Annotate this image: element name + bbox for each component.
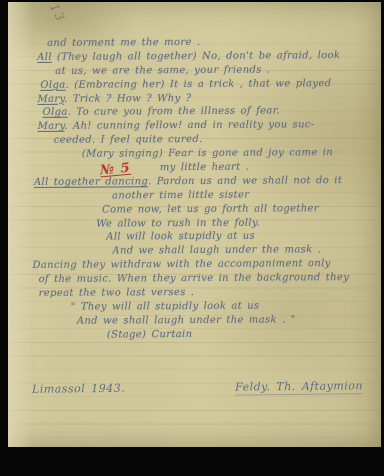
musical-number-annotation: № 5 [99, 161, 131, 179]
text-segment: (Mary singing) Fear is gone and joy came… [82, 147, 333, 160]
text-segment: All together dancing [34, 176, 148, 188]
manuscript-line: (Mary singing) Fear is gone and joy came… [82, 146, 377, 162]
text-segment: Olga [40, 79, 65, 90]
text-segment: of the music. When they arrive in the ba… [39, 272, 350, 285]
text-segment: Olga [42, 107, 67, 118]
manuscript-paper: 13 and torment me the more .All (They la… [8, 2, 381, 447]
text-segment: my little heart . [160, 162, 249, 174]
text-segment: And we shall laugh under the mask . [112, 245, 321, 257]
text-segment: and torment me the more . [47, 37, 200, 49]
text-segment: Mary [38, 121, 65, 132]
manuscript-line: Olga. (Embracing her) It is a trick , th… [40, 77, 376, 93]
text-segment: And we shall laugh under the mask . " [77, 314, 296, 326]
text-segment: All [37, 52, 52, 63]
text-segment: We allow to rush in the folly. [96, 217, 260, 229]
manuscript-line: of the music. When they arrive in the ba… [39, 271, 378, 287]
text-segment: Mary [37, 93, 64, 104]
text-segment: (They laugh all together) No, don't be a… [52, 50, 340, 63]
manuscript-lines: and torment me the more .All (They laugh… [7, 35, 378, 343]
manuscript-line: All (They laugh all together) No, don't … [37, 49, 376, 65]
manuscript-line: my little heart . [160, 160, 377, 175]
text-segment: ceeded. I feel quite cured. [54, 134, 203, 146]
text-segment: Come now, let us go forth all together [102, 203, 319, 215]
text-segment: . (Embracing her) It is a trick , that w… [66, 78, 332, 91]
author-signature: Feldy. Th. Aftaymion [235, 379, 363, 395]
text-segment: All will look stupidly at us [106, 231, 255, 243]
scanned-manuscript-page: 13 and torment me the more .All (They la… [0, 0, 384, 476]
text-segment: (Stage) Curtain [107, 329, 193, 341]
manuscript-line: All together dancing. Pardon us and we s… [34, 174, 377, 190]
text-segment: repeat the two last verses . [39, 287, 195, 299]
page-number-pencil: 13 [47, 1, 68, 25]
text-segment: " They will all stupidly look at us [71, 301, 260, 313]
manuscript-footer: Limassol 1943. Feldy. Th. Aftaymion [8, 379, 381, 398]
text-segment: . Pardon us and we shall not do it [148, 175, 342, 187]
text-segment: . Trick ? How ? Why ? [64, 93, 191, 105]
text-segment: another time little sister [112, 189, 249, 201]
text-segment: . Ah! cunning fellow! and in reality you… [64, 120, 314, 133]
text-segment: at us, we are the same, your friends . [55, 64, 270, 76]
place-and-date: Limassol 1943. [32, 382, 125, 396]
text-segment: Dancing they withdraw with the accompani… [32, 258, 330, 271]
text-segment: . To cure you from the illness of fear. [68, 106, 281, 118]
manuscript-line: (Stage) Curtain [107, 327, 378, 343]
